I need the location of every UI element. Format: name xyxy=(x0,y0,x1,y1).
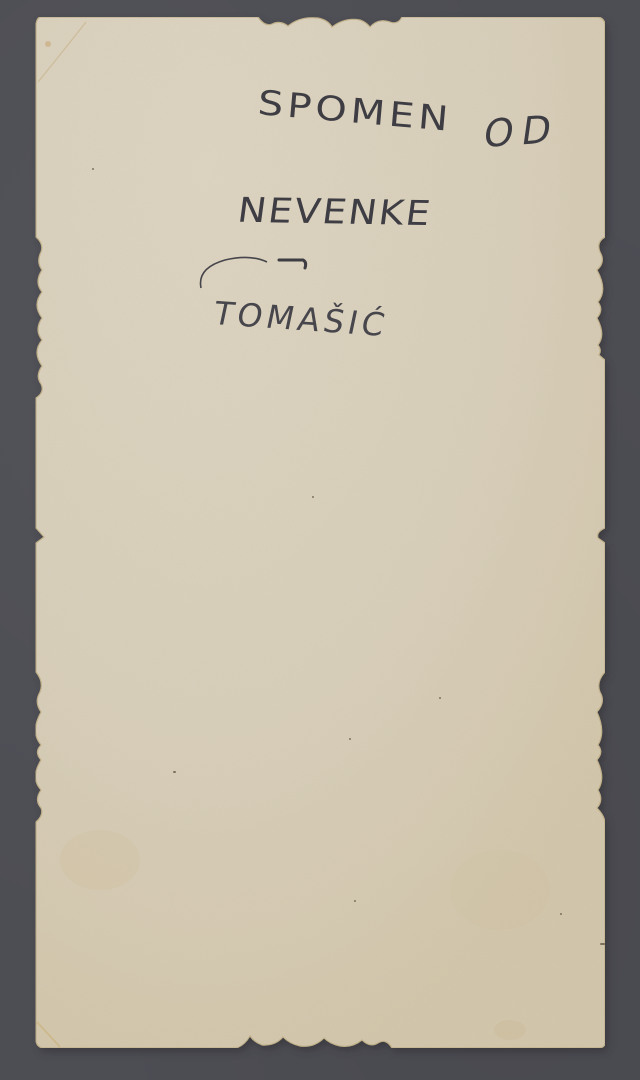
paper-speck xyxy=(349,738,351,740)
handwriting-flourish xyxy=(195,250,325,300)
paper-speck xyxy=(600,943,605,945)
paper-speck xyxy=(560,913,562,915)
photo-scene: SPOMEN OD NEVENKE TOMAŠIĆ xyxy=(0,0,640,1080)
paper-speck xyxy=(312,496,314,498)
handwriting-nevenke: NEVENKE xyxy=(235,190,434,233)
paper-speck xyxy=(439,697,441,699)
paper-speck xyxy=(354,900,356,902)
paper-speck xyxy=(173,771,176,773)
card xyxy=(0,0,640,1080)
paper-speck xyxy=(92,168,94,170)
handwriting-od: OD xyxy=(481,106,562,156)
